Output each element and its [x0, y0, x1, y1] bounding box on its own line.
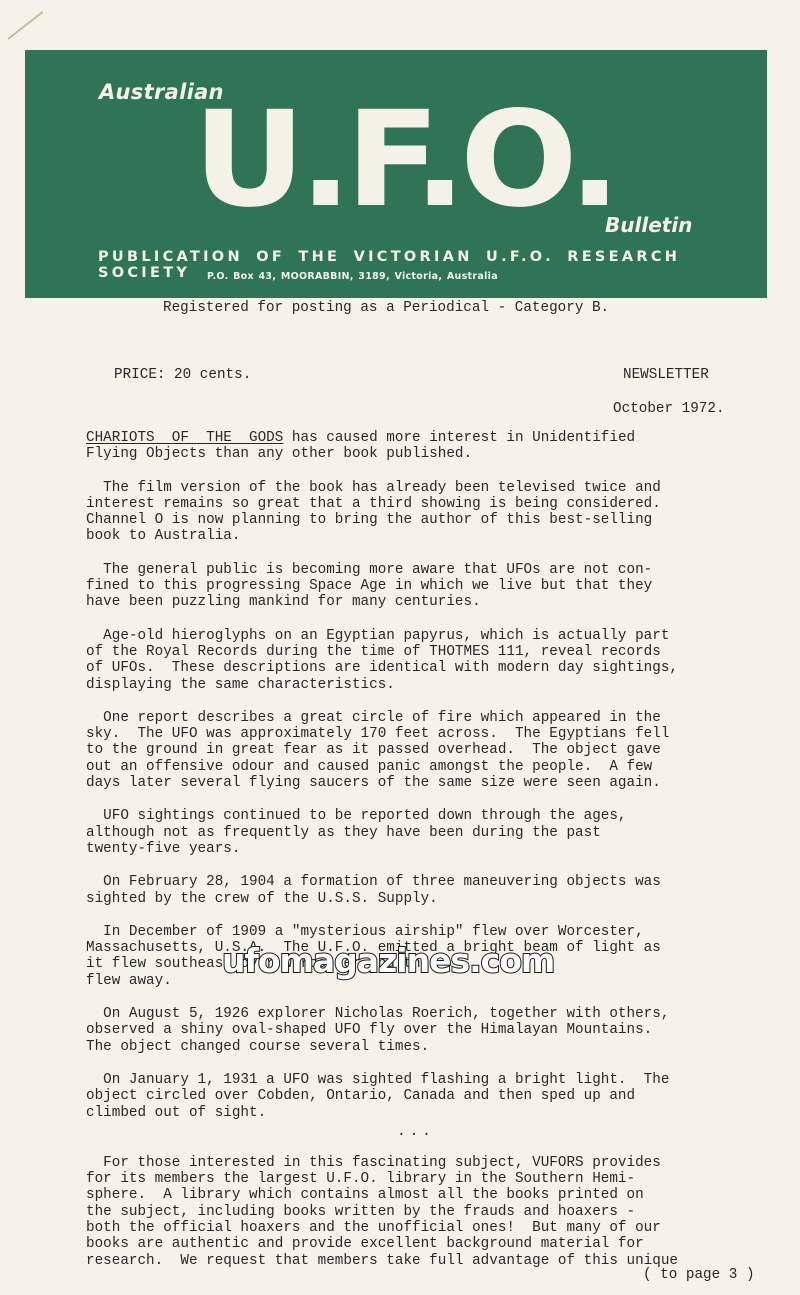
paragraph: Age-old hieroglyphs on an Egyptian papyr… — [86, 628, 776, 693]
paragraph-line: On August 5, 1926 explorer Nicholas Roer… — [86, 1006, 669, 1022]
paragraph-line: For those interested in this fascinating… — [86, 1155, 661, 1171]
paragraph: CHARIOTS OF THE GODS has caused more int… — [86, 430, 776, 463]
paragraph: The general public is becoming more awar… — [86, 562, 776, 611]
paragraph-line: The general public is becoming more awar… — [86, 562, 652, 578]
paragraph: For those interested in this fascinating… — [86, 1155, 776, 1269]
paragraph-line: displaying the same characteristics. — [86, 677, 395, 693]
paragraph-line: sighted by the crew of the U.S.S. Supply… — [86, 891, 438, 907]
article-body: CHARIOTS OF THE GODS has caused more int… — [86, 430, 776, 1269]
masthead-address: P.O. Box 43, MOORABBIN, 3189, Victoria, … — [207, 271, 498, 282]
paragraph-line: the subject, including books written by … — [86, 1204, 635, 1220]
paragraph-line: climbed out of sight. — [86, 1105, 266, 1121]
paragraph-line: out an offensive odour and caused panic … — [86, 759, 652, 775]
masthead-banner: Australian U.F.O. Bulletin PUBLICATION O… — [25, 50, 767, 298]
paragraph-line: Channel O is now planning to bring the a… — [86, 512, 652, 528]
book-title: CHARIOTS OF THE GODS — [86, 430, 283, 446]
section-separator: ... — [86, 1125, 746, 1139]
paragraph-line: for its members the largest U.F.O. libra… — [86, 1171, 635, 1187]
paragraph-line: of UFOs. These descriptions are identica… — [86, 660, 678, 676]
paragraph-line: of the Royal Records during the time of … — [86, 644, 661, 660]
paragraph-line: Flying Objects than any other book publi… — [86, 446, 472, 462]
issue-date: October 1972. — [613, 401, 725, 417]
paragraph-line: research. We request that members take f… — [86, 1253, 678, 1269]
paragraph: The film version of the book has already… — [86, 480, 776, 545]
paragraph: UFO sightings continued to be reported d… — [86, 808, 776, 857]
paragraph-line: interest remains so great that a third s… — [86, 496, 661, 512]
paragraph-line: On January 1, 1931 a UFO was sighted fla… — [86, 1072, 669, 1088]
masthead-title: U.F.O. — [193, 94, 615, 226]
paragraph-line: have been puzzling mankind for many cent… — [86, 594, 481, 610]
paragraph-line: One report describes a great circle of f… — [86, 710, 661, 726]
masthead-bulletin: Bulletin — [605, 213, 692, 237]
newsletter-label: NEWSLETTER — [623, 367, 709, 383]
paragraph-line: In December of 1909 a "mysterious airshi… — [86, 924, 644, 940]
paragraph-line: fined to this progressing Space Age in w… — [86, 578, 652, 594]
paragraph: On February 28, 1904 a formation of thre… — [86, 874, 776, 907]
paragraph-line: On February 28, 1904 a formation of thre… — [86, 874, 661, 890]
paper-stain — [7, 11, 43, 40]
paragraph-line: to the ground in great fear as it passed… — [86, 742, 661, 758]
registered-notice: Registered for posting as a Periodical -… — [163, 300, 609, 316]
watermark: ufomagazines.com — [222, 944, 554, 977]
paragraph-line: The object changed course several times. — [86, 1039, 429, 1055]
paragraph-line: observed a shiny oval-shaped UFO fly ove… — [86, 1022, 652, 1038]
paragraph-line: flew away. — [86, 973, 172, 989]
paragraph-line: has caused more interest in Unidentified — [283, 430, 635, 446]
paragraph-line: book to Australia. — [86, 528, 240, 544]
paragraph-line: sky. The UFO was approximately 170 feet … — [86, 726, 669, 742]
paragraph-line: although not as frequently as they have … — [86, 825, 601, 841]
price-label: PRICE: 20 cents. — [114, 367, 251, 383]
paragraph-line: object circled over Cobden, Ontario, Can… — [86, 1088, 635, 1104]
continuation-note: ( to page 3 ) — [643, 1267, 755, 1283]
paragraph-line: twenty-five years. — [86, 841, 240, 857]
paragraph-line: both the official hoaxers and the unoffi… — [86, 1220, 661, 1236]
paragraph-line: UFO sightings continued to be reported d… — [86, 808, 627, 824]
paragraph: On August 5, 1926 explorer Nicholas Roer… — [86, 1006, 776, 1055]
paragraph-line: sphere. A library which contains almost … — [86, 1187, 644, 1203]
paragraph: One report describes a great circle of f… — [86, 710, 776, 791]
paragraph: On January 1, 1931 a UFO was sighted fla… — [86, 1072, 776, 1121]
paragraph-line: days later several flying saucers of the… — [86, 775, 661, 791]
paragraph-line: books are authentic and provide excellen… — [86, 1236, 644, 1252]
paragraph-line: The film version of the book has already… — [86, 480, 661, 496]
paragraph-line: Age-old hieroglyphs on an Egyptian papyr… — [86, 628, 669, 644]
